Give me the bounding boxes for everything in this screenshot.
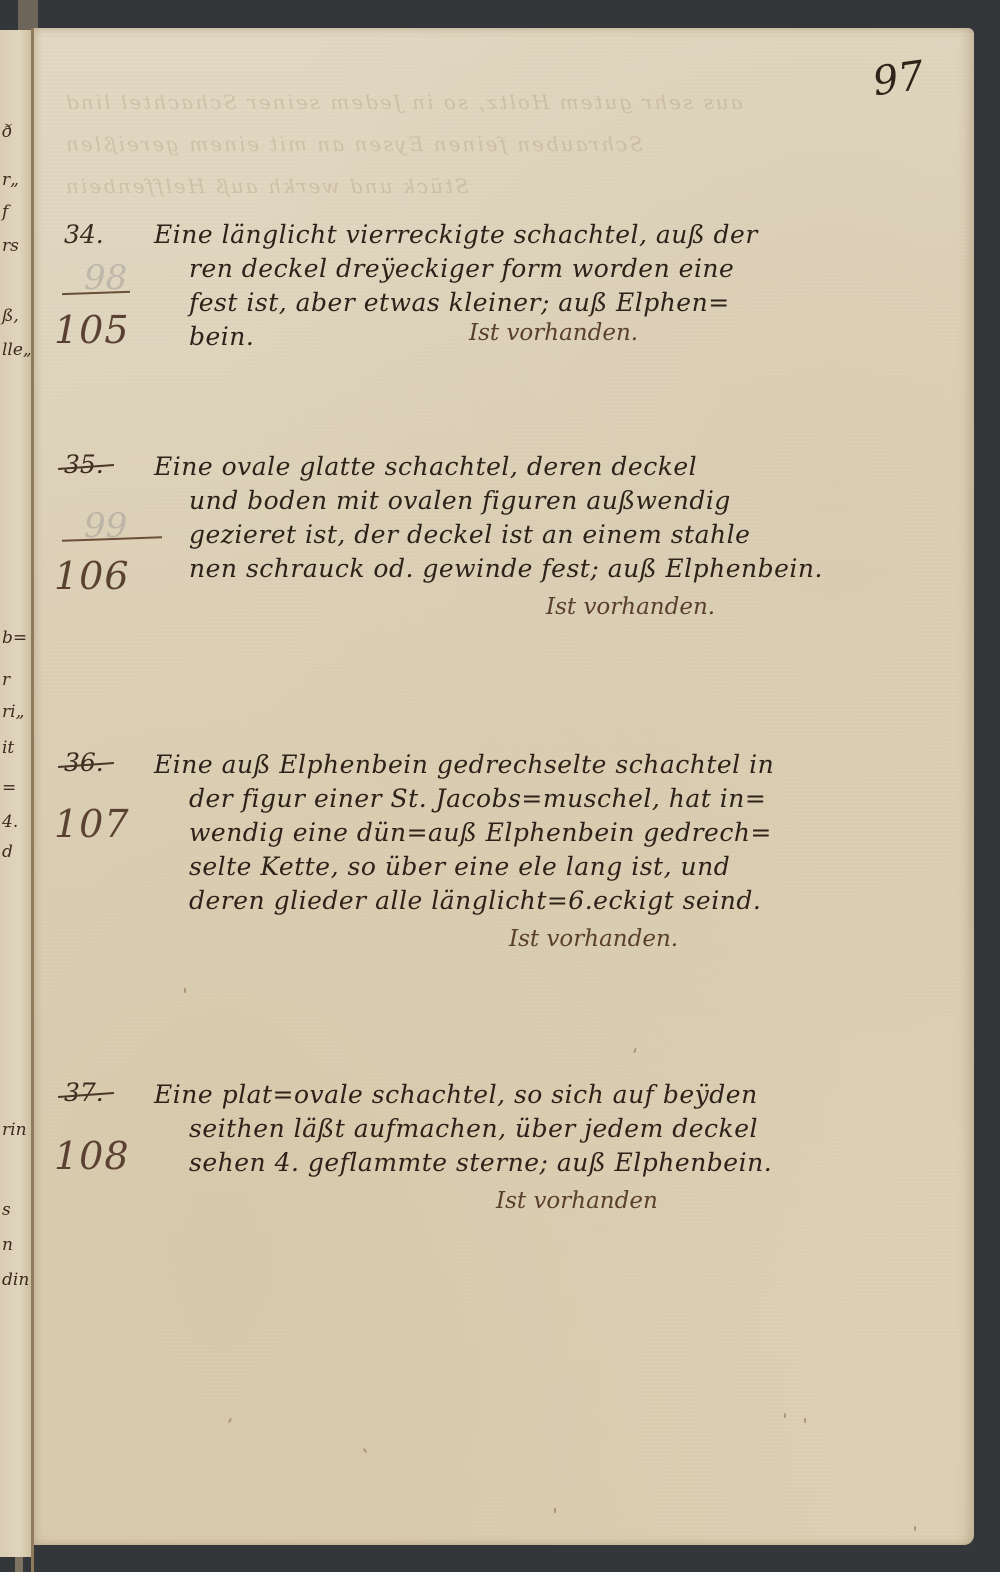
entry-text-line: ren deckel dreÿeckiger form worden eine [189, 254, 734, 283]
prev-page-fragment: = [2, 778, 16, 798]
entry-text-line: Eine ovale glatte schachtel, deren decke… [154, 452, 697, 481]
entry-text-line: sehen 4. geflammte sterne; auß Elphenbei… [189, 1148, 772, 1177]
prev-page-fragment: din [2, 1270, 29, 1290]
entry-text-line: gezieret ist, der deckel ist an einem st… [189, 520, 750, 549]
entry-text-line: wendig eine dün=auß Elphenbein gedrech= [189, 818, 772, 847]
old-entry-number: 36. [64, 748, 104, 777]
status-note: Ist vorhanden [496, 1188, 658, 1214]
prev-page-fragment: ß, [2, 306, 19, 326]
manuscript-page: aus sehr gutem Holtz, so in Jedem seiner… [34, 28, 974, 1545]
entry-text-line: der figur einer St. Jacobs=muschel, hat … [189, 784, 766, 813]
entry-text-line: deren glieder alle länglicht=6.eckigt se… [189, 886, 761, 915]
entry-text-line: und boden mit ovalen figuren außwendig [189, 486, 731, 515]
entry-text-line: Eine länglicht vierreckigte schachtel, a… [154, 220, 758, 249]
prev-page-fragment: d [2, 842, 13, 862]
prev-page-fragment: f [2, 202, 8, 222]
entry-text-line: bein. [189, 322, 254, 351]
prev-page-fragment: rs [2, 236, 19, 256]
previous-page-edge: ð r„ f rs ß, lle„ b= r ri„ it = 4. d rin… [0, 30, 32, 1557]
entry-text-line: Eine auß Elphenbein gedrechselte schacht… [154, 750, 774, 779]
manuscript-scan: ð r„ f rs ß, lle„ b= r ri„ it = 4. d rin… [0, 0, 1000, 1572]
prev-page-fragment: r [2, 670, 10, 690]
prev-page-fragment: b= [2, 628, 27, 648]
status-note: Ist vorhanden. [546, 594, 715, 620]
entry-text-line: seithen läßt aufmachen, über jedem decke… [189, 1114, 758, 1143]
new-entry-number: 105 [54, 308, 130, 352]
binding-stub-top [18, 0, 38, 30]
prev-page-fragment: 4. [2, 812, 18, 832]
bleed-through-text: aus sehr gutem Holtz, so in Jedem seiner… [64, 90, 743, 114]
entry-text-line: nen schrauck od. gewinde fest; auß Elphe… [189, 554, 823, 583]
old-entry-number: 35. [64, 450, 104, 479]
entry-text-line: fest ist, aber etwas kleiner; auß Elphen… [189, 288, 730, 317]
prev-page-fragment: ri„ [2, 702, 24, 722]
prev-page-fragment: it [2, 738, 14, 758]
old-entry-number: 34. [64, 220, 104, 249]
bleed-through-text: Stück und werkh auß Helffenbein [64, 174, 469, 198]
old-entry-number: 37. [64, 1078, 104, 1107]
new-entry-number: 106 [54, 554, 130, 598]
prev-page-fragment: s [2, 1200, 11, 1220]
entry-text-line: selte Kette, so über eine ele lang ist, … [189, 852, 730, 881]
new-entry-number: 108 [54, 1134, 130, 1178]
prev-page-fragment: r„ [2, 170, 19, 190]
new-entry-number: 107 [54, 802, 130, 846]
prev-page-fragment: rin [2, 1120, 27, 1140]
prev-page-fragment: lle„ [2, 340, 32, 360]
folio-number: 97 [870, 53, 927, 106]
status-note: Ist vorhanden. [469, 320, 638, 346]
entry-text-line: Eine plat=ovale schachtel, so sich auf b… [154, 1080, 758, 1109]
bleed-through-text: Schrauben feinen Eysen an mit einem gere… [64, 132, 643, 156]
prev-page-fragment: ð [2, 122, 12, 142]
status-note: Ist vorhanden. [509, 926, 678, 952]
prev-page-fragment: n [2, 1235, 13, 1255]
